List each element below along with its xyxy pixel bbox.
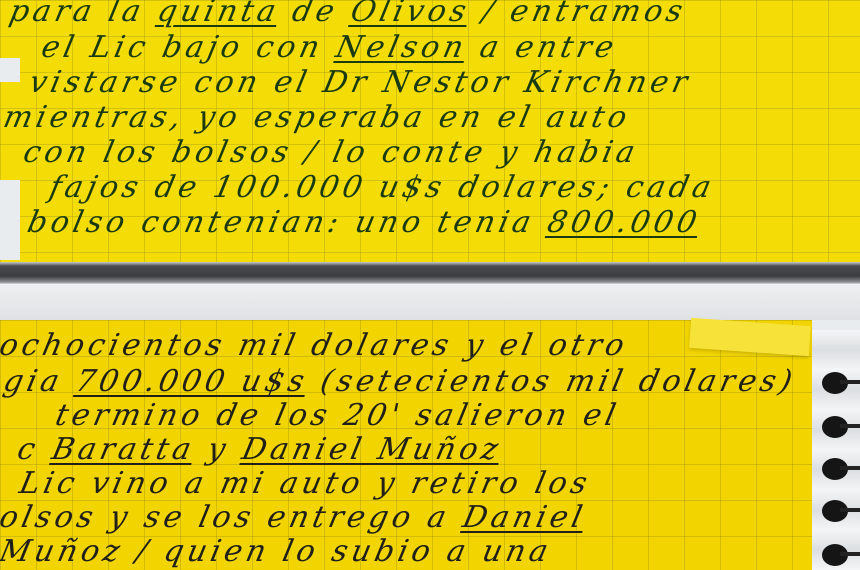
handwritten-line: el Lic bajo con Nelson a entre bbox=[38, 30, 620, 65]
spiral-ring-icon bbox=[822, 500, 848, 522]
spiral-ring-icon bbox=[822, 458, 848, 480]
page-edge bbox=[0, 58, 20, 82]
handwritten-line: con los bolsos / lo conte y habia bbox=[20, 135, 642, 170]
handwritten-line: vistarse con el Dr Nestor Kirchner bbox=[26, 65, 694, 100]
paper-gap bbox=[0, 284, 860, 320]
handwritten-line: olsos y se los entrego a Daniel bbox=[0, 500, 589, 535]
handwritten-line: fajos de 100.000 u$s dolares; cada bbox=[46, 170, 718, 205]
notebook-page-top: para la quinta de Olivos / entramos el L… bbox=[0, 0, 860, 262]
handwritten-line: gia 700.000 u$s (setecientos mil dolares… bbox=[0, 364, 799, 399]
spiral-ring-icon bbox=[822, 544, 848, 566]
handwritten-line: termino de los 20' salieron el bbox=[52, 398, 622, 433]
handwritten-line: c Baratta y Daniel Muñoz bbox=[14, 432, 505, 467]
handwritten-line: Lic vino a mi auto y retiro los bbox=[16, 466, 594, 501]
handwritten-line: ochocientos mil dolares y el otro bbox=[0, 328, 631, 363]
spiral-ring-icon bbox=[822, 372, 848, 394]
spiral-ring-icon bbox=[822, 416, 848, 438]
notebook-page-bottom: ochocientos mil dolares y el otro gia 70… bbox=[0, 320, 812, 570]
handwritten-line: para la quinta de Olivos / entramos bbox=[6, 0, 689, 29]
handwritten-line: Muñoz / quien lo subio a una bbox=[0, 534, 555, 569]
handwritten-line: bolso contenian: uno tenia 800.000 bbox=[24, 205, 704, 240]
spiral-binding bbox=[812, 330, 860, 570]
page-edge bbox=[0, 180, 20, 260]
notebook-divider bbox=[0, 262, 860, 284]
handwritten-line: mientras, yo esperaba en el auto bbox=[0, 100, 634, 135]
